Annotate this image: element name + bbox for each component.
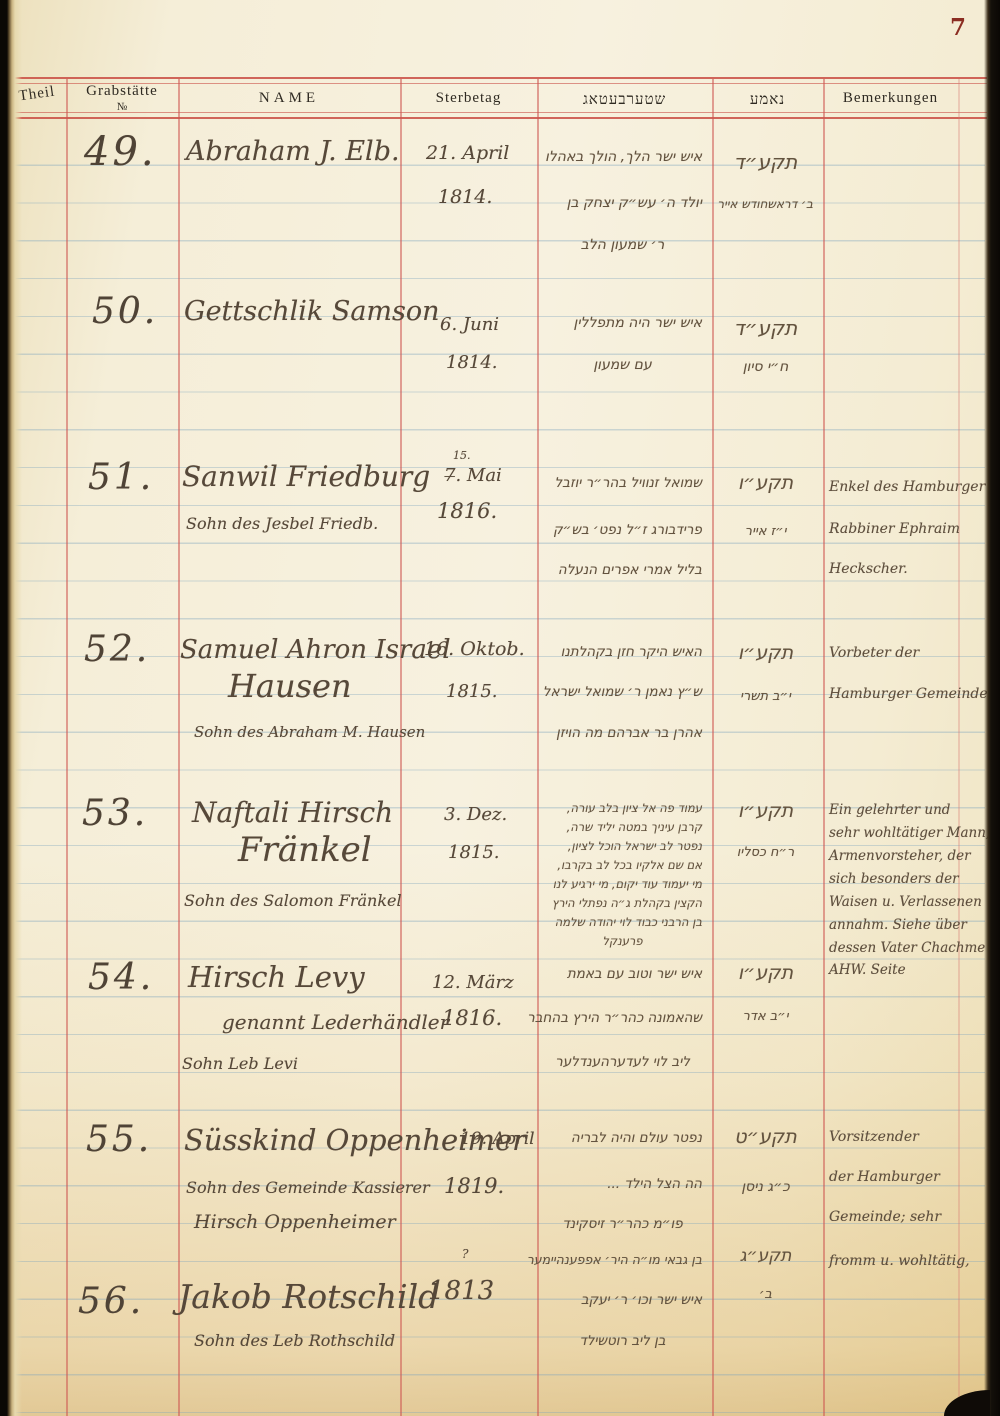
entry-grave-number: 52. — [84, 632, 150, 668]
entry-death-date-line: 21. April — [426, 144, 509, 163]
entry-name-line: Hausen — [228, 670, 352, 702]
header-top-rule — [2, 77, 987, 79]
entry-remark-line: AHW. Seite — [829, 964, 975, 978]
entry-hebrew-year-line: ב׳ דראשחודש אייר — [718, 198, 813, 210]
entry-remark-line: annahm. Siehe über — [829, 919, 975, 933]
register-page: 7 Theil Grabstätte № NAME Sterbetag שטער… — [0, 0, 1000, 1416]
entry-hebrew-date-line: ש״ץ נאמן ר׳ שמואל ישראל — [543, 686, 702, 700]
entry-name-line: Sohn des Gemeinde Kassierer — [186, 1180, 430, 1196]
entry-name-line: Abraham J. Elb. — [186, 138, 400, 165]
entry-name-line: Gettschlik Samson — [184, 298, 440, 325]
entry-hebrew-year-line: ח״י סיון — [718, 360, 813, 374]
entry-hebrew-year-line: ר״ח כסליו — [718, 846, 813, 859]
column-header-name-hebrew: נאמע — [712, 92, 823, 109]
entry-hebrew-date-line: איש ישר וטוב עם באמת — [543, 968, 702, 982]
column-header-label: שטערבעטאג — [583, 92, 666, 108]
column-header-label: Bemerkungen — [843, 90, 938, 106]
entry-name-line: Hirsch Oppenheimer — [194, 1213, 396, 1232]
entry-name-line: Sohn des Abraham M. Hausen — [194, 725, 425, 740]
page-number: 7 — [950, 14, 966, 41]
entry-death-date-line: 3. Dez. — [444, 806, 507, 824]
column-header-label: Theil — [18, 84, 57, 105]
column-rule — [823, 79, 825, 1416]
column-header-sterbetag: Sterbetag — [400, 90, 537, 107]
entry-hebrew-year-line: י״ז אייר — [718, 525, 813, 538]
entry-remark-line: sehr wohltätiger Mann, — [829, 827, 975, 841]
entry-hebrew-date-line: נפטר לב ישראל הוכל לציון, — [543, 841, 702, 853]
entry-hebrew-date-line: איש ישר וכו׳ ר׳ יעקב — [543, 1294, 702, 1308]
entry-grave-number: 56. — [78, 1284, 144, 1320]
entry-hebrew-year-line: תקע״ד — [718, 318, 813, 338]
entry-hebrew-date-line: עמוד פה אל ציון בלב עורה, — [543, 803, 702, 815]
entry-hebrew-year-line: י״ב תשרי — [718, 690, 813, 703]
entry-remark-line: Heckscher. — [829, 562, 975, 576]
entry-grave-number: 50. — [92, 294, 158, 330]
numero-sign: № — [66, 101, 178, 113]
entry-hebrew-date-line: איש ישר הלך, הולך באהלו — [543, 150, 702, 164]
entry-death-date-line: 15. — [453, 450, 471, 461]
entry-remark-line: Ein gelehrter und — [829, 804, 975, 818]
entry-hebrew-date-line: עם שמעון — [543, 358, 702, 372]
entry-death-date-line: 7̶. Mai — [444, 467, 502, 485]
entry-hebrew-year-line: תקע״ו — [718, 644, 813, 663]
column-header-grabstaette: Grabstätte № — [66, 83, 178, 113]
column-rule — [712, 79, 714, 1416]
entry-grave-number: 54. — [88, 960, 154, 996]
entry-death-date-line: 16. Oktob. — [424, 640, 525, 659]
entry-hebrew-date-line: בליל אמרי אפרים הנעלה — [543, 564, 702, 578]
entry-grave-number: 55. — [86, 1122, 152, 1158]
column-header-name: NAME — [178, 90, 400, 107]
entry-death-date-line: 1814. — [438, 188, 492, 207]
entry-death-date-line: ? — [462, 1248, 468, 1260]
entry-remark-line: Vorsitzender — [829, 1130, 975, 1144]
entry-death-date-line: 1814. — [446, 354, 498, 372]
entry-death-date-line: 12. März — [432, 974, 514, 992]
column-rule — [178, 79, 180, 1416]
entry-name-line: Jakob Rotschild — [178, 1280, 439, 1313]
entry-hebrew-date-line: שהאמונה כהר״ר הירץ בהחבר — [543, 1012, 702, 1026]
entry-death-date-line: 1813 — [428, 1278, 494, 1304]
entry-hebrew-date-line: שמואל זנוויל בהר״ר יוזבל — [543, 477, 702, 491]
entry-hebrew-date-line: אהרן בר אברהם מה הויזן — [543, 727, 702, 741]
entry-grave-number: 53. — [82, 796, 148, 832]
entry-hebrew-date-line: פרידבורג ז״ל נפט׳ בש״ק — [543, 524, 702, 538]
column-header-label: Grabstätte — [86, 83, 158, 99]
entry-remark-line: dessen Vater Chachme — [829, 942, 975, 956]
entry-name-line: genannt Lederhändler — [222, 1012, 449, 1032]
entry-death-date-line: 1816. — [442, 1008, 502, 1029]
entry-death-date-line: 1816. — [437, 501, 497, 522]
entry-hebrew-year-line: ב׳ — [718, 1288, 813, 1301]
entry-remark-line: der Hamburger — [829, 1170, 975, 1184]
entry-grave-number: 51. — [88, 460, 154, 496]
entry-remark-line: sich besonders der — [829, 873, 975, 887]
page-right-edge — [984, 0, 1000, 1416]
entry-name-line: Sanwil Friedburg — [182, 463, 430, 491]
entry-hebrew-date-line: הקצין בקהלת ג״ה נפתלי הירץ — [543, 898, 702, 910]
entry-hebrew-year-line: תקע״ט — [718, 1128, 813, 1147]
entry-death-date-line: 19. April — [460, 1131, 535, 1148]
entry-hebrew-date-line: מי יעמוד עוד יקום, מי ירגיע לנו — [543, 879, 702, 891]
entry-name-line: Samuel Ahron Israel — [180, 637, 451, 663]
entry-hebrew-year-line: י״ב אדר — [718, 1010, 813, 1023]
entry-hebrew-date-line: בן ליב רוטשילד — [543, 1335, 702, 1349]
entry-name-line: Sohn des Jesbel Friedb. — [186, 516, 378, 532]
header-bottom-rule — [2, 117, 987, 119]
entry-hebrew-year-line: תקע״ו — [718, 802, 813, 821]
entry-hebrew-year-line: תקע״ו — [718, 964, 813, 983]
entry-remark-line: Enkel des Hamburger — [829, 480, 975, 494]
column-header-label: נאמע — [750, 92, 785, 108]
entry-hebrew-date-line: אם שם אלקיו בכל לב בקרבו, — [543, 860, 702, 872]
entry-hebrew-date-line: פרענקל — [543, 936, 702, 948]
entry-hebrew-year-line: תקע״ו — [718, 474, 813, 493]
entry-hebrew-date-line: ר׳ שמעון הלב — [543, 238, 702, 252]
entry-hebrew-year-line: תקע״ג — [718, 1248, 813, 1265]
entry-remark-line: Waisen u. Verlassenen — [829, 896, 975, 910]
entry-remark-line: fromm u. wohltätig, — [829, 1254, 975, 1268]
entry-hebrew-date-line: בן הרבני כבוד לוי יהודה שלמה — [543, 917, 702, 929]
entry-hebrew-date-line: איש ישר היה מתפללין — [543, 316, 702, 330]
entry-hebrew-date-line: קרבן עיניך במטה יליד שרה, — [543, 822, 702, 834]
entry-name-line: Fränkel — [238, 833, 372, 867]
entry-remark-line: Armenvorsteher, der — [829, 850, 975, 864]
entry-hebrew-date-line: יולד ה׳ עש״ק יצחק בן — [543, 196, 702, 210]
entry-hebrew-date-line: ליב לוי לעדערהענדלער — [543, 1056, 702, 1070]
entry-name-line: Sohn Leb Levi — [182, 1056, 298, 1072]
entry-name-line: Sohn des Leb Rothschild — [194, 1333, 395, 1349]
entry-death-date-line: 6. Juni — [440, 316, 499, 334]
entry-hebrew-date-line: בן גבאי מו״ה היר׳ אפפענהיימער — [543, 1254, 702, 1267]
column-rule — [66, 79, 68, 1416]
column-rule — [400, 79, 402, 1416]
entry-hebrew-date-line: נפטר עולם והיה לבריה — [543, 1132, 702, 1146]
entry-hebrew-date-line: פו״מ כהר״ר זיסקינד — [543, 1218, 702, 1232]
entry-grave-number: 49. — [84, 132, 157, 172]
column-header-label: NAME — [259, 90, 319, 106]
entry-hebrew-year-line: כ״ג ניסן — [718, 1180, 813, 1194]
entry-name-line: Naftali Hirsch — [192, 799, 393, 827]
entry-hebrew-year-line: תקע״ד — [718, 152, 813, 172]
book-spine-edge — [0, 0, 22, 1416]
entry-remark-line: Hamburger Gemeinde. — [829, 687, 975, 701]
entry-death-date-line: 1819. — [444, 1176, 504, 1197]
entry-remark-line: Rabbiner Ephraim — [829, 522, 975, 536]
column-header-sterbetag-hebrew: שטערבעטאג — [537, 92, 712, 109]
entry-hebrew-date-line: האיש היקר חזן בקהלתנו — [543, 646, 702, 660]
entry-name-line: Hirsch Levy — [188, 963, 365, 992]
column-rule — [537, 79, 539, 1416]
entry-remark-line: Gemeinde; sehr — [829, 1210, 975, 1224]
entry-remark-line: Vorbeter der — [829, 646, 975, 660]
column-header-bemerkungen: Bemerkungen — [823, 90, 958, 107]
column-header-label: Sterbetag — [436, 90, 502, 106]
entry-death-date-line: 1815. — [448, 844, 500, 862]
entry-hebrew-date-line: הה הצל הילד ... — [543, 1178, 702, 1192]
entry-name-line: Sohn des Salomon Fränkel — [184, 893, 402, 909]
entry-death-date-line: 1815. — [446, 683, 498, 701]
